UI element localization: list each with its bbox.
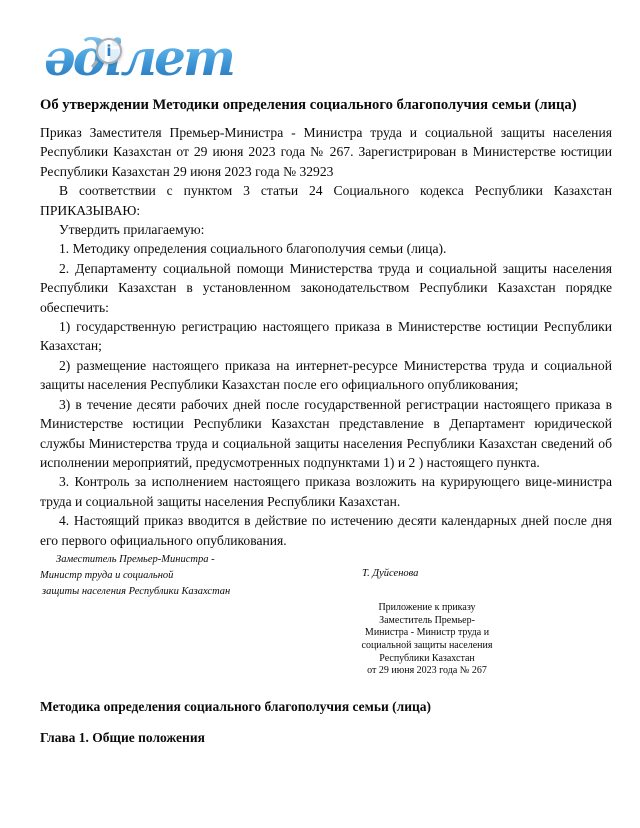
paragraph-order-info: Приказ Заместителя Премьер-Министра - Ми… (40, 123, 612, 181)
magnifier-icon: і (96, 38, 122, 64)
paragraph-subitem-3: 3) в течение десяти рабочих дней после г… (40, 395, 612, 473)
appendix-line: от 29 июня 2023 года № 267 (344, 665, 510, 678)
paragraph-preamble: В соответствии с пунктом 3 статьи 24 Соц… (40, 181, 612, 220)
paragraph-approve: Утвердить прилагаемую: (40, 220, 612, 239)
signature-position-line: защиты населения Республики Казахстан (40, 584, 362, 600)
paragraph-subitem-1: 1) государственную регистрацию настоящег… (40, 317, 612, 356)
logo-text-post: лет (121, 28, 233, 87)
appendix-line: социальной защиты населения (344, 640, 510, 653)
signature-name: Т. Дуйсенова (362, 552, 418, 600)
logo-text-pre: әд (44, 28, 105, 87)
appendix-note: Приложение к приказу Заместитель Премьер… (344, 602, 510, 678)
document-body: Приказ Заместителя Премьер-Министра - Ми… (40, 123, 612, 550)
document-content: Об утверждении Методики определения соци… (40, 96, 612, 747)
appendix-line: Приложение к приказу (344, 602, 510, 615)
section-heading: Методика определения социального благопо… (40, 698, 612, 716)
signature-position-line: Заместитель Премьер-Министра - (40, 552, 362, 568)
paragraph-item-4: 4. Настоящий приказ вводится в действие … (40, 511, 612, 550)
appendix-line: Заместитель Премьер- (344, 615, 510, 628)
document-title: Об утверждении Методики определения соци… (40, 96, 612, 115)
adilet-logo[interactable]: әділет і (44, 28, 214, 90)
adilet-logo-text: әділет (44, 28, 214, 88)
chapter-heading: Глава 1. Общие положения (40, 729, 612, 747)
paragraph-item-2: 2. Департаменту социальной помощи Минист… (40, 259, 612, 317)
document-page: әділет і Об утверждении Методики определ… (0, 0, 640, 828)
appendix-line: Министра - Министр труда и (344, 627, 510, 640)
signature-position-line: Министр труда и социальной (40, 568, 362, 584)
paragraph-item-3: 3. Контроль за исполнением настоящего пр… (40, 472, 612, 511)
magnifier-letter-i: і (106, 44, 111, 59)
signature-block: Заместитель Премьер-Министра - Министр т… (40, 552, 612, 600)
paragraph-item-1: 1. Методику определения социального благ… (40, 239, 612, 258)
paragraph-subitem-2: 2) размещение настоящего приказа на инте… (40, 356, 612, 395)
signature-position: Заместитель Премьер-Министра - Министр т… (40, 552, 362, 600)
appendix-line: Республики Казахстан (344, 653, 510, 666)
